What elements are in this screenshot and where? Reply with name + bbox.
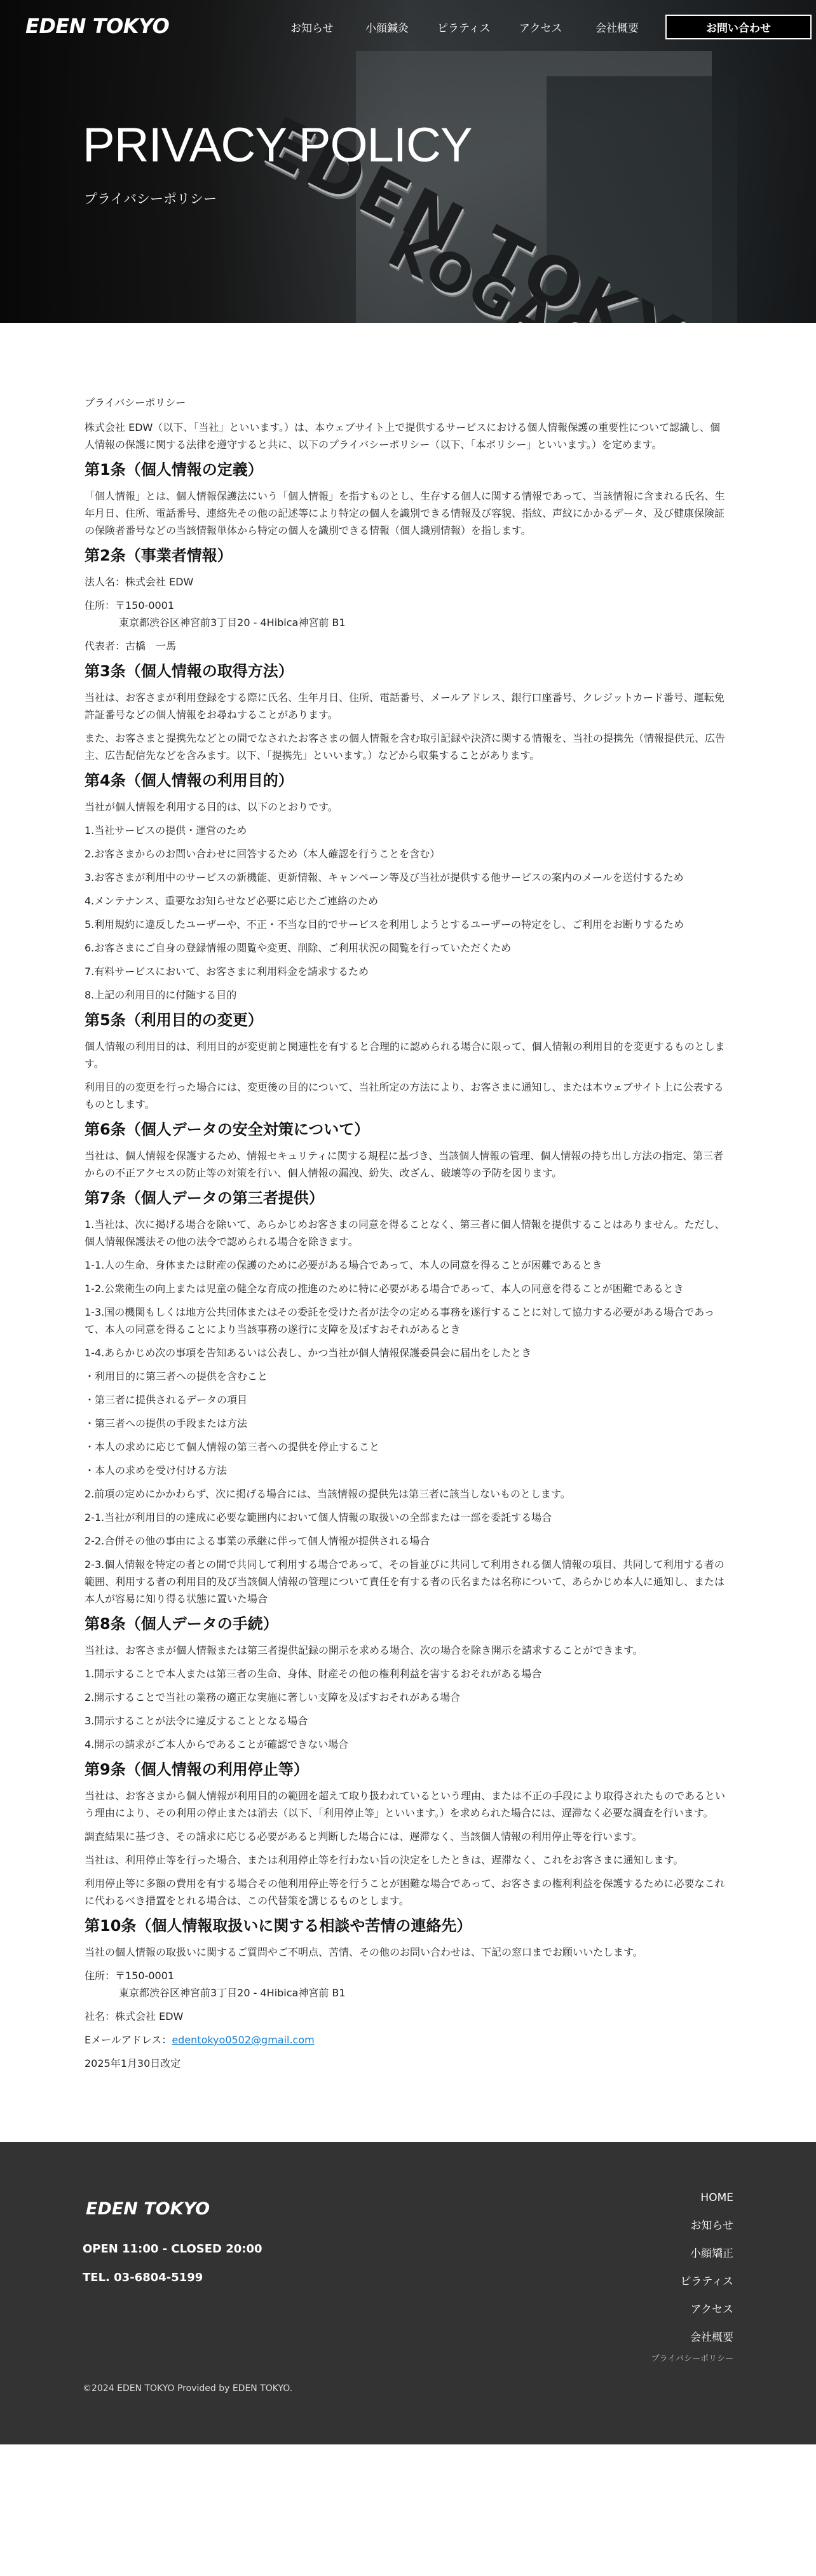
- bullet-item: ・本人の求めに応じて個人情報の第三者への提供を停止すること: [85, 1438, 726, 1455]
- content-label: プライバシーポリシー: [85, 394, 726, 411]
- list-item: 2-3.個人情報を特定の者との間で共同して利用する場合であって、その旨並びに共同…: [85, 1556, 726, 1607]
- nav-item-facial-acupuncture[interactable]: 小顔鍼灸: [365, 19, 437, 35]
- article-9-paragraph-2: 調査結果に基づき、その請求に応じる必要があると判断した場合には、遅滞なく、当該個…: [85, 1828, 726, 1845]
- nav-item-company[interactable]: 会社概要: [595, 19, 646, 35]
- article-5-paragraph-1: 個人情報の利用目的は、利用目的が変更前と関連性を有すると合理的に認められる場合に…: [85, 1038, 726, 1072]
- business-hours: OPEN 11:00 - CLOSED 20:00: [83, 2242, 262, 2256]
- site-footer: EDEN TOKYO OPEN 11:00 - CLOSED 20:00 TEL…: [0, 2142, 816, 2444]
- list-item: 5.利用規約に違反したユーザーや、不正・不当な目的でサービスを利用しようとするユ…: [85, 916, 726, 933]
- bullet-item: ・第三者に提供されるデータの項目: [85, 1391, 726, 1408]
- article-5-paragraph-2: 利用目的の変更を行った場合には、変更後の目的について、当社所定の方法により、お客…: [85, 1079, 726, 1113]
- article-2-heading: 第2条（事業者情報）: [85, 545, 726, 566]
- article-9-heading: 第9条（個人情報の利用停止等）: [85, 1759, 726, 1780]
- list-item: 2.前項の定めにかかわらず、次に掲げる場合には、当該情報の提供先は第三者に該当し…: [85, 1485, 726, 1503]
- list-item: 1-1.人の生命、身体または財産の保護のために必要がある場合であって、本人の同意…: [85, 1257, 726, 1274]
- email-label: Eメールアドレス：: [85, 2034, 172, 2046]
- footer-nav-access[interactable]: アクセス: [651, 2303, 733, 2316]
- bullet-item: ・本人の求めを受け付ける方法: [85, 1462, 726, 1479]
- bullet-item: ・利用目的に第三者への提供を含むこと: [85, 1368, 726, 1385]
- article-9-paragraph-1: 当社は、お客さまから個人情報が利用目的の範囲を超えて取り扱われているという理由、…: [85, 1787, 726, 1822]
- footer-nav-face-correction[interactable]: 小顔矯正: [651, 2247, 733, 2260]
- revision-date: 2025年1月30日改定: [85, 2055, 726, 2072]
- footer-nav-company[interactable]: 会社概要: [651, 2331, 733, 2344]
- footer-nav: HOME お知らせ 小顔矯正 ピラティス アクセス 会社概要 プライバシーポリシ…: [651, 2191, 733, 2381]
- postal-code: 住所：〒150-0001: [85, 597, 726, 614]
- article-10-lead: 当社の個人情報の取扱いに関するご質問やご不明点、苦情、その他のお問い合わせは、下…: [85, 1944, 726, 1961]
- list-item: 8.上記の利用目的に付随する目的: [85, 986, 726, 1004]
- footer-nav-home[interactable]: HOME: [651, 2191, 733, 2204]
- list-item: 1.開示することで本人または第三者の生命、身体、財産その他の権利利益を害するおそ…: [85, 1665, 726, 1682]
- list-item: 7.有料サービスにおいて、お客さまに利用料金を請求するため: [85, 963, 726, 980]
- article-8-heading: 第8条（個人データの手続）: [85, 1614, 726, 1634]
- corporate-name: 法人名：株式会社 EDW: [85, 573, 726, 590]
- list-item: 1-2.公衆衛生の向上または児童の健全な育成の推進のために特に必要がある場合であ…: [85, 1280, 726, 1297]
- article-9-paragraph-3: 当社は、利用停止等を行った場合、または利用停止等を行わない旨の決定をしたときは、…: [85, 1851, 726, 1869]
- list-item: 3.お客さまが利用中のサービスの新機能、更新情報、キャンペーン等及び当社が提供す…: [85, 869, 726, 886]
- page-title: PRIVACY POLICY: [83, 118, 472, 173]
- list-item: 4.メンテナンス、重要なお知らせなど必要に応じたご連絡のため: [85, 892, 726, 910]
- list-item: 1.当社サービスの提供・運営のため: [85, 822, 726, 839]
- nav-item-pilates[interactable]: ピラティス: [437, 19, 519, 35]
- street-address: 東京都渋谷区神宮前3丁目20 - 4Hibica神宮前 B1: [85, 614, 726, 631]
- intro-paragraph: 株式会社 EDW（以下、「当社」といいます。）は、本ウェブサイト上で提供するサー…: [85, 419, 726, 453]
- contact-address: 住所：〒150-0001 東京都渋谷区神宮前3丁目20 - 4Hibica神宮前…: [85, 1967, 726, 2001]
- article-4-heading: 第4条（個人情報の利用目的）: [85, 770, 726, 791]
- nav-item-access[interactable]: アクセス: [519, 19, 595, 35]
- nav-item-news[interactable]: お知らせ: [290, 19, 365, 35]
- representative: 代表者：古橋 一馬: [85, 637, 726, 655]
- footer-logo[interactable]: EDEN TOKYO: [86, 2199, 210, 2219]
- list-item: 2-2.合併その他の事由による事業の承継に伴って個人情報が提供される場合: [85, 1532, 726, 1550]
- street-address: 東京都渋谷区神宮前3丁目20 - 4Hibica神宮前 B1: [85, 1984, 726, 2001]
- main-nav: お知らせ 小顔鍼灸 ピラティス アクセス 会社概要: [290, 19, 646, 35]
- article-7-heading: 第7条（個人データの第三者提供）: [85, 1188, 726, 1208]
- footer-nav-pilates[interactable]: ピラティス: [651, 2275, 733, 2288]
- footer-nav-news[interactable]: お知らせ: [651, 2219, 733, 2232]
- site-logo[interactable]: EDEN TOKYO: [25, 14, 169, 38]
- article-5-heading: 第5条（利用目的の変更）: [85, 1010, 726, 1030]
- list-item: 2.お客さまからのお問い合わせに回答するため（本人確認を行うことを含む）: [85, 845, 726, 862]
- email-link[interactable]: edentokyo0502@gmail.com: [172, 2034, 314, 2046]
- list-item: 3.開示することが法令に違反することとなる場合: [85, 1712, 726, 1729]
- site-header: EDEN TOKYO お知らせ 小顔鍼灸 ピラティス アクセス 会社概要 お問い…: [0, 0, 816, 57]
- postal-code: 住所：〒150-0001: [85, 1967, 726, 1984]
- article-3-paragraph-2: また、お客さまと提携先などとの間でなされたお客さまの個人情報を含む取引記録や決済…: [85, 730, 726, 764]
- article-3-heading: 第3条（個人情報の取得方法）: [85, 661, 726, 681]
- list-item: 1-4.あらかじめ次の事項を告知あるいは公表し、かつ当社が個人情報保護委員会に届…: [85, 1344, 726, 1361]
- copyright: ©2024 EDEN TOKYO Provided by EDEN TOKYO.: [83, 2383, 292, 2394]
- list-item: 2.開示することで当社の業務の適正な実施に著しい支障を及ぼすおそれがある場合: [85, 1689, 726, 1706]
- privacy-policy-content: プライバシーポリシー 株式会社 EDW（以下、「当社」といいます。）は、本ウェブ…: [0, 323, 816, 2142]
- business-address: 住所：〒150-0001 東京都渋谷区神宮前3丁目20 - 4Hibica神宮前…: [85, 597, 726, 631]
- list-item: 1.当社は、次に掲げる場合を除いて、あらかじめお客さまの同意を得ることなく、第三…: [85, 1216, 726, 1250]
- article-9-paragraph-4: 利用停止等に多額の費用を有する場合その他利用停止等を行うことが困難な場合であって…: [85, 1875, 726, 1909]
- article-3-paragraph-1: 当社は、お客さまが利用登録をする際に氏名、生年月日、住所、電話番号、メールアドレ…: [85, 689, 726, 723]
- article-8-lead: 当社は、お客さまが個人情報または第三者提供記録の開示を求める場合、次の場合を除き…: [85, 1642, 726, 1659]
- list-item: 4.開示の請求がご本人からであることが確認できない場合: [85, 1736, 726, 1753]
- footer-privacy-link[interactable]: プライバシーポリシー: [651, 2353, 733, 2366]
- article-1-body: 「個人情報」とは、個人情報保護法にいう「個人情報」を指すものとし、生存する個人に…: [85, 487, 726, 539]
- contact-button[interactable]: お問い合わせ: [665, 15, 812, 39]
- company-name: 社名：株式会社 EDW: [85, 2008, 726, 2025]
- article-6-heading: 第6条（個人データの安全対策について）: [85, 1119, 726, 1140]
- phone-number: TEL. 03-6804-5199: [83, 2271, 203, 2284]
- article-6-paragraph-1: 当社は、個人情報を保護するため、情報セキュリティに関する規程に基づき、当該個人情…: [85, 1147, 726, 1182]
- page-subtitle: プライバシーポリシー: [84, 189, 217, 208]
- bullet-item: ・第三者への提供の手段または方法: [85, 1415, 726, 1432]
- article-4-lead: 当社が個人情報を利用する目的は、以下のとおりです。: [85, 798, 726, 815]
- list-item: 2-1.当社が利用目的の達成に必要な範囲内において個人情報の取扱いの全部または一…: [85, 1509, 726, 1526]
- hero-section: EDEN TOKYO KOGAO EDEN TOKYO お知らせ 小顔鍼灸 ピラ…: [0, 0, 816, 323]
- article-10-heading: 第10条（個人情報取扱いに関する相談や苦情の連絡先）: [85, 1916, 726, 1936]
- list-item: 6.お客さまにご自身の登録情報の閲覧や変更、削除、ご利用状況の閲覧を行っていただ…: [85, 939, 726, 957]
- list-item: 1-3.国の機関もしくは地方公共団体またはその委託を受けた者が法令の定める事務を…: [85, 1304, 726, 1338]
- article-1-heading: 第1条（個人情報の定義）: [85, 460, 726, 480]
- email-row: Eメールアドレス：edentokyo0502@gmail.com: [85, 2031, 726, 2048]
